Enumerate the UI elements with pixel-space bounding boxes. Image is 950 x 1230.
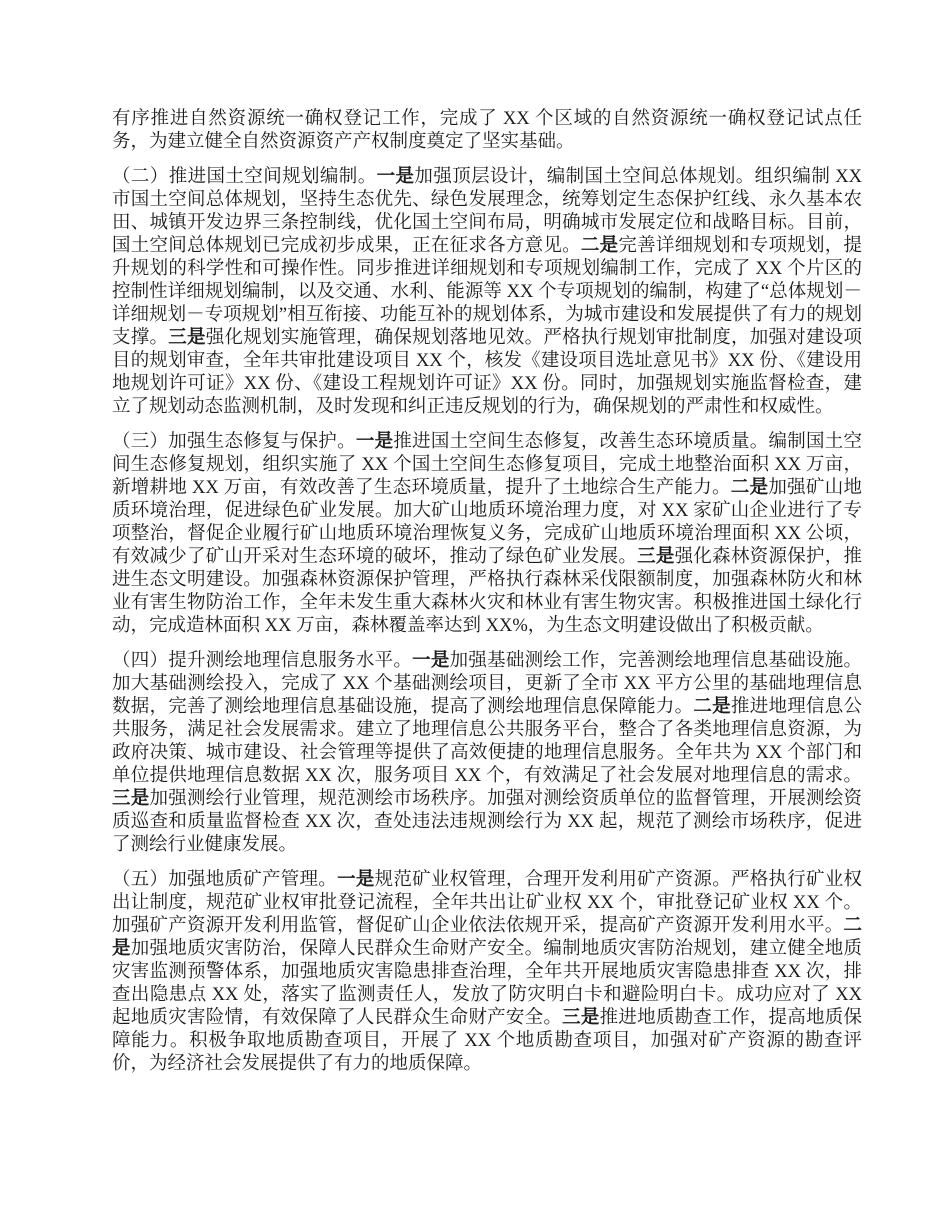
bold-run: 三是 [637,547,675,567]
bold-run: 二是 [693,697,731,717]
text-run: （五）加强地质矿产管理。 [112,870,337,890]
bold-run: 三是 [168,328,206,348]
bold-run: 一是 [356,432,394,452]
bold-run: 一是 [412,651,450,671]
paragraph: 有序推进自然资源统一确权登记工作，完成了 XX 个区域的自然资源统一确权登记试点… [112,108,862,154]
text-run: （三）加强生态修复与保护。 [112,432,356,452]
bold-run: 一是 [337,870,375,890]
text-run: （四）提升测绘地理信息服务水平。 [112,651,412,671]
bold-run: 二是 [581,236,619,256]
text-run: 加强测绘行业管理，规范测绘市场秩序。加强对测绘资质单位的监督管理，开展测绘资质巡… [112,789,862,855]
text-run: 有序推进自然资源统一确权登记工作，完成了 XX 个区域的自然资源统一确权登记试点… [112,109,862,152]
paragraph: （四）提升测绘地理信息服务水平。一是加强基础测绘工作，完善测绘地理信息基础设施。… [112,650,862,857]
text-run: （二）推进国土空间规划编制。 [112,167,377,187]
bold-run: 二是 [731,478,769,498]
paragraph: （五）加强地质矿产管理。一是规范矿业权管理，合理开发利用矿产资源。严格执行矿业权… [112,869,862,1076]
text-run: 强化规划实施管理，确保规划落地见效。严格执行规划审批制度，加强对建设项目的规划审… [112,328,862,417]
bold-run: 一是 [377,167,415,187]
document-page: 有序推进自然资源统一确权登记工作，完成了 XX 个区域的自然资源统一确权登记试点… [112,108,862,1088]
bold-run: 三是 [562,1008,600,1028]
paragraph: （三）加强生态修复与保护。一是推进国土空间生态修复，改善生态环境质量。编制国土空… [112,431,862,638]
paragraph: （二）推进国土空间规划编制。一是加强顶层设计，编制国土空间总体规划。组织编制 X… [112,166,862,419]
bold-run: 三是 [112,789,150,809]
